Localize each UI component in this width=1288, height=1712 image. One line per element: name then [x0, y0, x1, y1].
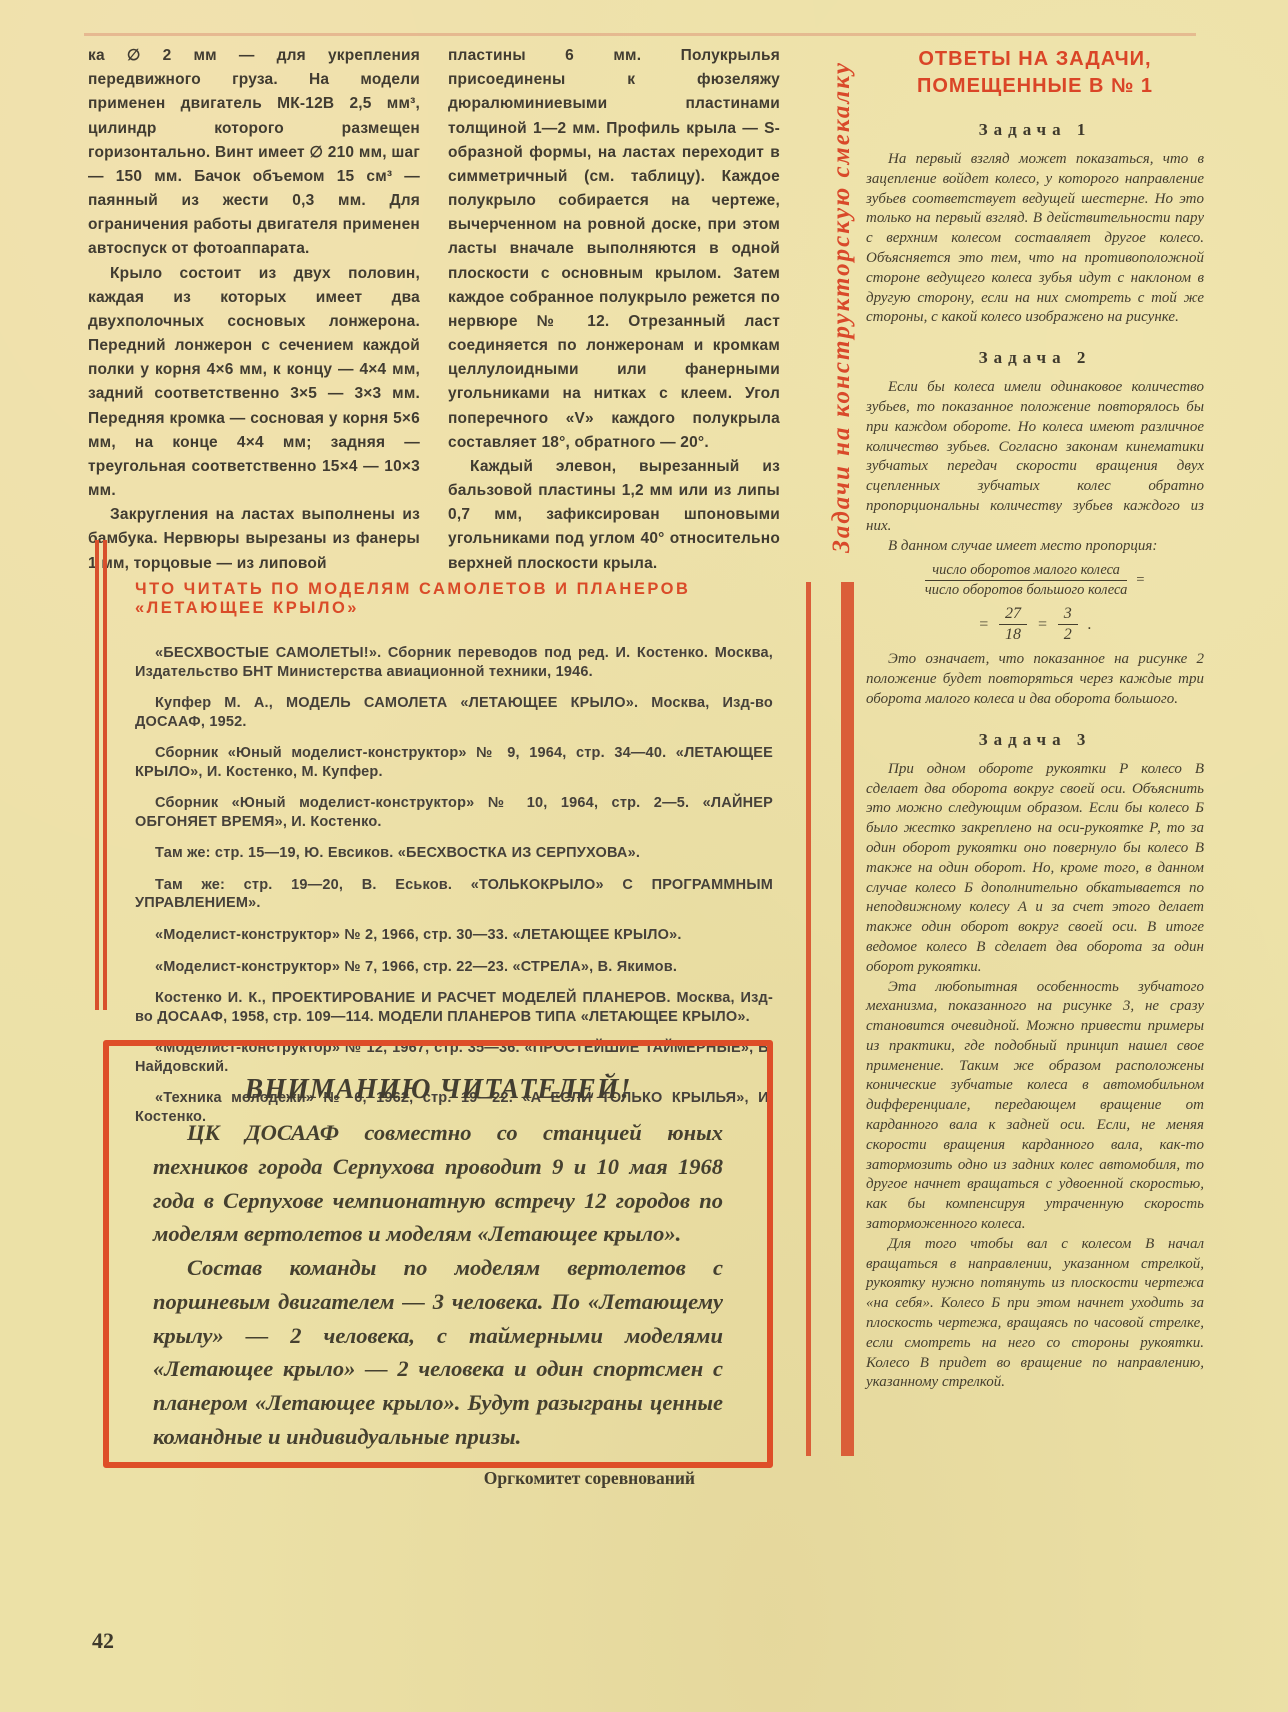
- task-paragraph: Для того чтобы вал с колесом В начал вра…: [866, 1235, 1204, 1393]
- reading-list-item: «Моделист-конструктор» № 7, 1966, стр. 2…: [135, 958, 773, 977]
- reading-list-item: Купфер М. А., МОДЕЛЬ САМОЛЕТА «ЛЕТАЮЩЕЕ …: [135, 694, 773, 731]
- vertical-rubric-text: Задачи на конструкторскую смекалку: [828, 61, 856, 553]
- fraction-denominator: 18: [999, 625, 1027, 644]
- reading-list-item: Там же: стр. 15—19, Ю. Евсиков. «БЕСХВОС…: [135, 844, 773, 863]
- task-heading: Задача 2: [866, 348, 1204, 368]
- page-number: 42: [92, 1628, 114, 1654]
- fraction-numerator: 3: [1058, 605, 1078, 625]
- answers-title: ОТВЕТЫ НА ЗАДАЧИ, ПОМЕЩЕННЫЕ В № 1: [866, 46, 1204, 100]
- reading-list-item: Костенко И. К., ПРОЕКТИРОВАНИЕ И РАСЧЕТ …: [135, 989, 773, 1026]
- proportion-formula: число оборотов малого колеса число оборо…: [866, 562, 1204, 644]
- article-paragraph: Крыло состоит из двух половин, каждая из…: [88, 262, 420, 504]
- fraction-numerator: число оборотов малого колеса: [925, 562, 1128, 581]
- answers-title-line1: ОТВЕТЫ НА ЗАДАЧИ,: [866, 46, 1204, 73]
- article-column-1: ка ∅ 2 мм — для укрепления передвижного …: [88, 44, 420, 576]
- notice-title: ВНИМАНИЮ ЧИТАТЕЛЕЙ!: [153, 1074, 723, 1106]
- task-paragraph: Эта любопытная особенность зубчатого мех…: [866, 978, 1204, 1235]
- notice-paragraph: ЦК ДОСААФ совместно со станцией юных тех…: [153, 1116, 723, 1251]
- notice-box: ВНИМАНИЮ ЧИТАТЕЛЕЙ! ЦК ДОСААФ совместно …: [103, 1040, 773, 1468]
- article-columns: ка ∅ 2 мм — для укрепления передвижного …: [88, 44, 780, 576]
- task-paragraph: При одном обороте рукоятки Р колесо В сд…: [866, 760, 1204, 978]
- notice-paragraph: Состав команды по моделям вертолетов с п…: [153, 1251, 723, 1454]
- proportion-values: = 27 18 = 3 2 .: [866, 605, 1204, 644]
- article-paragraph: пластины 6 мм. Полукрылья присоединены к…: [448, 44, 780, 455]
- article-column-2: пластины 6 мм. Полукрылья присоединены к…: [448, 44, 780, 576]
- top-scan-rule: [84, 33, 1196, 36]
- reading-list-item: Сборник «Юный моделист-конструктор» № 9,…: [135, 744, 773, 781]
- column-divider-rule: [841, 582, 854, 1456]
- equals-sign: =: [1135, 572, 1145, 589]
- reading-list-item: Сборник «Юный моделист-конструктор» № 10…: [135, 794, 773, 831]
- answers-title-line2: ПОМЕЩЕННЫЕ В № 1: [866, 73, 1204, 100]
- answers-column: ОТВЕТЫ НА ЗАДАЧИ, ПОМЕЩЕННЫЕ В № 1 Задач…: [866, 46, 1204, 1393]
- task-paragraph: В данном случае имеет место пропорция:: [866, 537, 1204, 557]
- equals-sign: =: [1037, 616, 1048, 634]
- column-divider-rule: [806, 582, 811, 1456]
- fraction-denominator: 2: [1058, 625, 1078, 644]
- task-heading: Задача 1: [866, 120, 1204, 140]
- notice-signature: Оргкомитет соревнований: [153, 1468, 695, 1489]
- vertical-rubric-caption: Задачи на конструкторскую смекалку: [822, 42, 862, 572]
- article-paragraph: ка ∅ 2 мм — для укрепления передвижного …: [88, 44, 420, 262]
- proportion-fraction: число оборотов малого колеса число оборо…: [866, 562, 1204, 599]
- period: .: [1088, 616, 1092, 634]
- task-paragraph: На первый взгляд может показаться, что в…: [866, 150, 1204, 328]
- task-paragraph: Если бы колеса имели одинаковое количест…: [866, 378, 1204, 536]
- reading-list-box: ЧТО ЧИТАТЬ ПО МОДЕЛЯМ САМОЛЕТОВ И ПЛАНЕР…: [95, 540, 781, 1010]
- reading-list-item: «Моделист-конструктор» № 2, 1966, стр. 3…: [135, 926, 773, 945]
- reading-list-item: Там же: стр. 19—20, В. Еськов. «ТОЛЬКОКР…: [135, 876, 773, 913]
- fraction-denominator: число оборотов большого колеса: [925, 581, 1128, 599]
- reading-list-title: ЧТО ЧИТАТЬ ПО МОДЕЛЯМ САМОЛЕТОВ И ПЛАНЕР…: [135, 580, 773, 618]
- magazine-page: ка ∅ 2 мм — для укрепления передвижного …: [0, 0, 1288, 1712]
- fraction-numerator: 27: [999, 605, 1027, 625]
- task-heading: Задача 3: [866, 730, 1204, 750]
- task-paragraph: Это означает, что показанное на рисунке …: [866, 650, 1204, 709]
- equals-sign: =: [978, 616, 989, 634]
- reading-list-item: «БЕСХВОСТЫЕ САМОЛЕТЫ!». Сборник переводо…: [135, 644, 773, 681]
